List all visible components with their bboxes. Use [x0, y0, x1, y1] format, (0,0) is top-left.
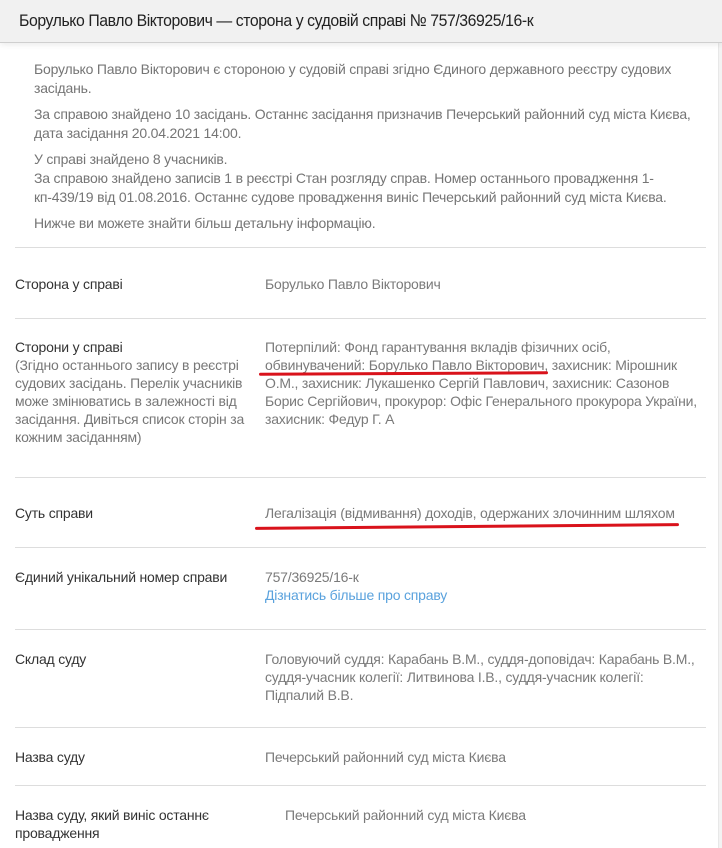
row-label: Склад суду [15, 650, 265, 703]
scrollbar-track[interactable] [718, 43, 722, 848]
table-row-party: Сторона у справі Борулько Павло Вікторов… [15, 247, 706, 318]
page-title: Борулько Павло Вікторович — сторона у су… [19, 11, 533, 31]
intro-section: Борулько Павло Вікторович є стороною у с… [0, 43, 722, 233]
annotation-underline [255, 523, 679, 530]
accused-highlight: обвинувачений: Борулько Павло Вікторович… [265, 357, 548, 373]
case-details-table: Сторона у справі Борулько Павло Вікторов… [15, 247, 706, 845]
table-row-case-essence: Суть справи Легалізація (відмивання) дох… [15, 477, 706, 547]
intro-paragraph-participants: У справі знайдено 8 учасників. [34, 150, 692, 169]
row-label: Назва суду [15, 748, 265, 761]
row-value: Потерпілий: Фонд гарантування вкладів фі… [265, 338, 706, 456]
row-value: Печерський районний суд міста Києва [285, 806, 706, 835]
intro-paragraph-more-info: Нижче ви можете знайти більш детальну ін… [34, 214, 692, 233]
parties-text-before: Потерпілий: Фонд гарантування вкладів фі… [265, 339, 611, 355]
row-label: Єдиний унікальний номер справи [15, 568, 265, 605]
row-label-note: (Згідно останнього запису в реєстрі судо… [15, 356, 265, 446]
table-row-parties: Сторони у справі (Згідно останнього запи… [15, 318, 706, 477]
row-label: Назва суду, який виніс останнє проваджен… [15, 806, 285, 835]
intro-paragraph-hearings: За справою знайдено 10 засідань. Останнє… [34, 105, 692, 143]
page-header: Борулько Павло Вікторович — сторона у су… [0, 0, 722, 43]
case-details-link[interactable]: Дізнатись більше про справу [265, 586, 447, 604]
table-row-court-composition: Склад суду Головуючий суддя: Карабань В.… [15, 629, 706, 727]
row-label: Сторони у справі (Згідно останнього запи… [15, 338, 265, 456]
row-value: 757/36925/16-к Дізнатись більше про спра… [265, 568, 706, 605]
row-value: Печерський районний суд міста Києва [265, 748, 706, 761]
row-label: Суть справи [15, 504, 265, 524]
row-label-title: Сторони у справі [15, 339, 123, 355]
intro-paragraph-proceedings: За справою знайдено записів 1 в реєстрі … [34, 169, 692, 207]
row-value: Головуючий суддя: Карабань В.М., суддя-д… [265, 650, 706, 703]
case-number: 757/36925/16-к [265, 568, 706, 586]
row-label: Сторона у справі [15, 275, 265, 291]
case-essence-text: Легалізація (відмивання) доходів, одержа… [265, 505, 675, 521]
table-row-case-number: Єдиний унікальний номер справи 757/36925… [15, 547, 706, 629]
row-value: Легалізація (відмивання) доходів, одержа… [265, 504, 706, 524]
table-row-last-proceeding-court: Назва суду, який виніс останнє проваджен… [15, 785, 706, 845]
table-row-court-name: Назва суду Печерський районний суд міста… [15, 727, 706, 785]
row-value: Борулько Павло Вікторович [265, 275, 706, 291]
intro-paragraph-party: Борулько Павло Вікторович є стороною у с… [34, 60, 692, 98]
